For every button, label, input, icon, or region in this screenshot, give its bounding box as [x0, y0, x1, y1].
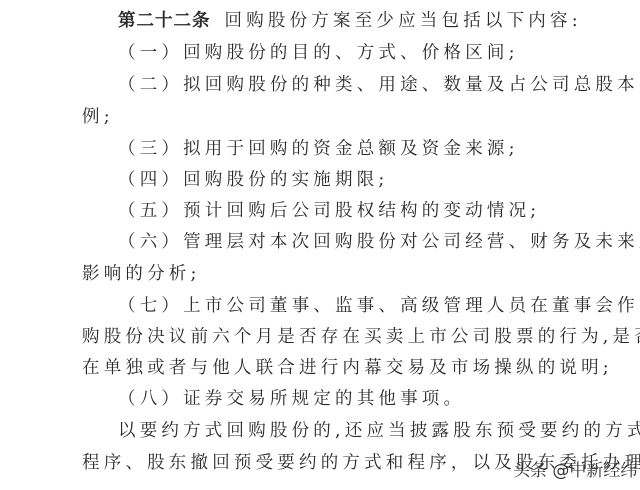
- list-item-8: （八）证券交易所规定的其他事项。: [118, 388, 465, 410]
- list-item-7: （七）上市公司董事、监事、高级管理人员在董事会作出回: [118, 295, 640, 317]
- article-heading-line: 第二十二条回购股份方案至少应当包括以下内容:: [118, 10, 582, 32]
- list-item-3: （三）拟用于回购的资金总额及资金来源;: [118, 138, 519, 160]
- list-item-6: （六）管理层对本次回购股份对公司经营、财务及未来发展: [118, 231, 640, 253]
- watermark: 头条 @中新经纬: [513, 456, 637, 481]
- list-item-1: （一）回购股份的目的、方式、价格区间;: [118, 42, 519, 64]
- closing-line-1: 以要约方式回购股份的,还应当披露股东预受要约的方式和: [118, 420, 640, 442]
- list-item-4: （四）回购股份的实施期限;: [118, 169, 389, 191]
- article-heading: 回购股份方案至少应当包括以下内容:: [225, 11, 582, 31]
- list-item-2-cont: 例;: [82, 106, 114, 128]
- list-item-7-cont-1: 购股份决议前六个月是否存在买卖上市公司股票的行为,是否存: [82, 326, 640, 348]
- list-item-6-cont: 影响的分析;: [82, 263, 201, 285]
- list-item-7-cont-2: 在单独或者与他人联合进行内幕交易及市场操纵的说明;: [82, 357, 613, 379]
- article-number: 第二十二条: [118, 11, 211, 31]
- list-item-5: （五）预计回购后公司股权结构的变动情况;: [118, 200, 540, 222]
- list-item-2: （二）拟回购股份的种类、用途、数量及占公司总股本的比: [118, 74, 640, 96]
